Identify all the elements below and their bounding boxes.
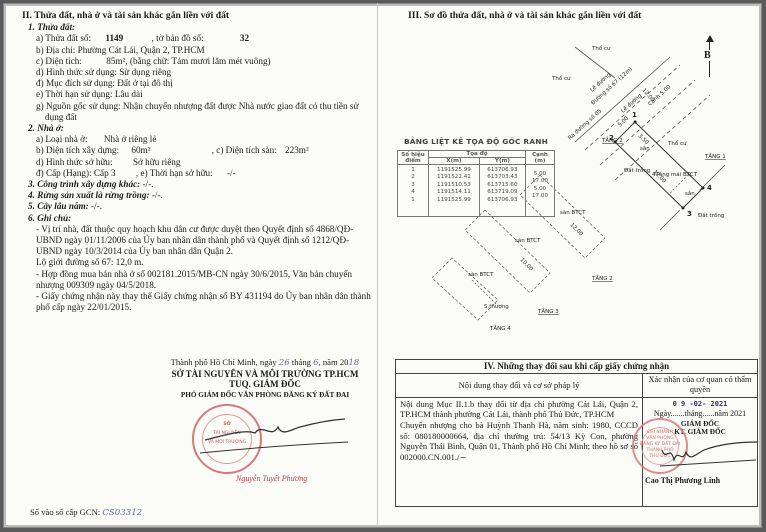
svg-text:3: 3 (687, 210, 692, 218)
house-type: Nhà ở riêng lẻ (104, 134, 157, 144)
signature-scribble-icon (200, 415, 350, 455)
svg-text:Đất trống: Đất trống (698, 212, 724, 219)
perennial-row: 5. Cây lâu năm: -/-. (22, 201, 372, 212)
land-usage-form: d) Hình thức sử dụng: Sử dụng riêng (36, 67, 372, 78)
svg-text:TẦNG 3: TẦNG 3 (537, 307, 559, 315)
forest-row: 4. Rừng sản xuất là rừng trồng: -/-. (22, 190, 372, 201)
changes-after-issuance: IV. Những thay đổi sau khi cấp giấy chứn… (395, 359, 758, 515)
col-confirm-header: Xác nhận của cơ quan có thẩm quyền (643, 373, 758, 397)
left-page: II. Thửa đất, nhà ở và tài sản khác gắn … (22, 10, 372, 313)
svg-text:sàn BTCT: sàn BTCT (468, 271, 494, 278)
land-area-row: c) Diện tích: 85m², (bằng chữ: Tám mươi … (36, 56, 372, 67)
land-parcel-row: a) Thửa đất số: 1149 , tờ bản đồ số: 32 (36, 33, 372, 44)
svg-text:5.00: 5.00 (617, 115, 630, 128)
land-address: b) Địa chỉ: Phường Cát Lái, Quận 2, TP.H… (36, 45, 372, 56)
svg-text:Thổ cư: Thổ cư (551, 75, 571, 82)
col-content-header: Nội dung thay đổi và cơ sở pháp lý (396, 373, 643, 397)
land-usage-purpose: đ) Mục đích sử dụng: Đất ở tại đô thị (36, 78, 372, 89)
building-area: 60m² (131, 145, 209, 156)
confirm-signer-name: Cao Thị Phương Linh (645, 476, 720, 487)
parcel-number: 1149 (105, 33, 123, 43)
land-area: 85m², (bằng chữ: Tám mươi lăm mét vuông) (106, 56, 270, 66)
svg-text:sàn BTCT: sàn BTCT (515, 237, 541, 244)
section-ii-title: II. Thửa đất, nhà ở và tài sản khác gắn … (22, 10, 372, 21)
land-usage-term: e) Thời hạn sử dụng: Lâu dài (36, 89, 372, 100)
ownership-row: d) Hình thức sở hữu: Sở hữu riêng (36, 157, 372, 168)
issuer-deputy-title: PHÓ GIÁM ĐỐC VĂN PHÒNG ĐĂNG KÝ ĐẤT ĐAI (145, 390, 385, 401)
svg-text:10.00: 10.00 (519, 257, 535, 273)
svg-text:S.thượng: S.thượng (484, 304, 509, 310)
ownership-term: -/- (227, 168, 236, 178)
svg-text:TẦNG 2: TẦNG 2 (601, 136, 623, 144)
svg-text:Đất trống: Đất trống (624, 167, 650, 174)
change-entry-address: Nội dung Mục II.1.b thay đổi từ địa chỉ … (400, 399, 638, 420)
svg-text:sân: sân (640, 145, 650, 152)
svg-text:12.00: 12.00 (569, 222, 585, 238)
change-entry-transfer: Chuyển nhượng cho bà Huỳnh Thanh Hà, năm… (400, 420, 638, 463)
land-origin: g) Nguồn gốc sử dụng: Nhận chuyển nhượng… (36, 101, 372, 123)
map-sheet-number: 32 (240, 33, 249, 43)
land-heading: 1. Thửa đất: (28, 22, 372, 33)
table-row: 12341 1191525.991191522.411191510.531191… (398, 165, 555, 217)
svg-text:Thổ cư: Thổ cư (591, 45, 611, 52)
change-content: Nội dung Mục II.1.b thay đổi từ địa chỉ … (396, 397, 643, 506)
svg-text:TẦNG 1: TẦNG 1 (704, 152, 726, 160)
note-item: - Vị trí nhà, đất thuộc quy hoạch khu dâ… (36, 224, 372, 258)
section-iv-title: IV. Những thay đổi sau khi cấp giấy chứn… (396, 360, 758, 374)
issuer-signature-block: Thành phố Hồ Chí Minh, ngày 26 tháng 6, … (145, 357, 385, 400)
svg-text:TẦNG 4: TẦNG 4 (489, 324, 511, 330)
coordinates-table-title: BẢNG LIỆT KÊ TỌA ĐỘ GÓC RANH (397, 137, 555, 146)
gcn-register-number: Số vào sổ cấp GCN: CS03312 (30, 507, 142, 518)
house-heading: 2. Nhà ở: (28, 123, 372, 134)
right-page: III. Sơ đồ thửa đất, nhà ở và tài sản kh… (400, 10, 755, 22)
house-area-row: b) Diện tích xây dựng: 60m² , c) Diện tí… (36, 145, 372, 156)
note-item: - Giấy chứng nhận này thay thế Giấy chứn… (36, 291, 372, 313)
house-type-row: a) Loại nhà ở: Nhà ở riêng lẻ (36, 134, 372, 145)
corner-coordinates-table: BẢNG LIỆT KÊ TỌA ĐỘ GÓC RANH Số hiệu điể… (397, 137, 555, 217)
note-item: Lộ giới đường số 67: 12,0 m. (36, 257, 372, 268)
confirm-date-stamp: 0 9 -02- 2021 (647, 399, 753, 410)
issuing-authority: SỞ TÀI NGUYÊN VÀ MÔI TRƯỜNG TP.HCM (145, 369, 385, 380)
section-iii-title: III. Sơ đồ thửa đất, nhà ở và tài sản kh… (408, 10, 755, 21)
issuer-role: TUQ. GIÁM ĐỐC (145, 379, 385, 390)
svg-text:Ra đường số 05: Ra đường số 05 (567, 107, 604, 141)
note-item: - Hợp đồng mua bán nhà ở số 002181.2015/… (36, 269, 372, 291)
svg-text:Thổ cư: Thổ cư (667, 140, 687, 147)
svg-text:sân: sân (685, 190, 695, 197)
svg-text:1: 1 (632, 111, 637, 119)
confirm-signature-icon (660, 440, 760, 470)
svg-text:TẦNG 2: TẦNG 2 (591, 274, 613, 282)
floor-area: 223m² (285, 145, 309, 155)
grade-row: đ) Cấp (Hạng): Cấp 3 , e) Thời hạn sở hữ… (36, 168, 372, 179)
issue-date: Thành phố Hồ Chí Minh, ngày 26 tháng 6, … (145, 357, 385, 369)
svg-text:sàn BTCT: sàn BTCT (560, 209, 586, 216)
other-construction-row: 3. Công trình xây dựng khác: -/-. (22, 179, 372, 190)
notes-heading: 6. Ghi chú: (28, 213, 372, 224)
ownership-form: Sở hữu riêng (133, 157, 181, 167)
issuer-signer-name: Nguyễn Tuyết Phương (236, 474, 307, 483)
page-fold (377, 3, 378, 526)
svg-text:4: 4 (707, 184, 712, 192)
